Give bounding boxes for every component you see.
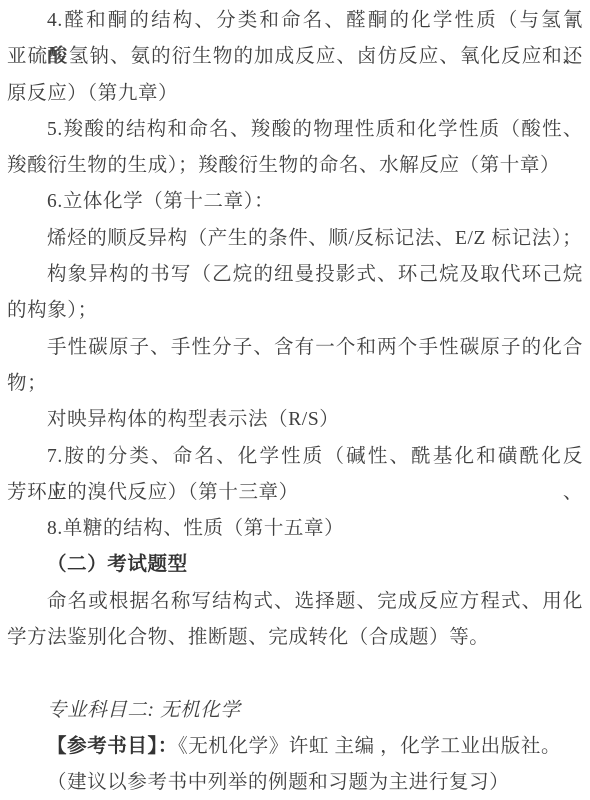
- text-segment: 原反应）（第九章）: [7, 83, 178, 104]
- text-segment: 对映异构体的构型表示法（R/S）: [47, 409, 339, 430]
- text-line: 【参考书目】：《无机化学》许虹 主编 ，化学工业出版社。: [7, 729, 583, 765]
- document-body: 4.醛和酮的结构、分类和命名、醛酮的化学性质（与氢氰酸、亚硫酸氢钠、氨的衍生物的…: [7, 3, 583, 800]
- text-segment: （建议以参考书中列举的例题和习题为主进行复习）: [47, 772, 509, 793]
- text-segment: 构象异构的书写（乙烷的纽曼投影式、环己烷及取代环己烷: [47, 264, 583, 285]
- text-line: 对映异构体的构型表示法（R/S）: [7, 402, 583, 438]
- text-segment: 学方法鉴别化合物、推断题、完成转化（合成题）等。: [7, 627, 489, 648]
- text-segment: 羧酸衍生物的生成）；羧酸衍生物的命名、水解反应（第十章）: [7, 155, 560, 176]
- blank-line: [7, 656, 583, 692]
- text-segment: 的构象）；: [7, 300, 98, 321]
- text-segment: 专业科目二: 无机化学: [47, 700, 240, 721]
- text-segment: 《无机化学》许虹 主编 ，化学工业出版社。: [178, 736, 561, 757]
- text-line: 命名或根据名称写结构式、选择题、完成反应方程式、用化: [7, 584, 583, 620]
- text-line: 原反应）（第九章）: [7, 76, 583, 112]
- text-segment: 亚硫酸氢钠、氨的衍生物的加成反应、卤仿反应、氧化反应和还: [7, 46, 583, 67]
- text-segment: 6.立体化学（第十二章）：: [47, 191, 274, 212]
- text-line: 物；: [7, 366, 583, 402]
- text-line: （建议以参考书中列举的例题和习题为主进行复习）: [7, 765, 583, 800]
- text-segment: 8.单糖的结构、性质（第十五章）: [47, 518, 344, 539]
- text-line: 8.单糖的结构、性质（第十五章）: [7, 511, 583, 547]
- text-line: 5.羧酸的结构和命名、羧酸的物理性质和化学性质（酸性、: [7, 112, 583, 148]
- text-line: 手性碳原子、手性分子、含有一个和两个手性碳原子的化合: [7, 330, 583, 366]
- text-line: 亚硫酸氢钠、氨的衍生物的加成反应、卤仿反应、氧化反应和还: [7, 39, 583, 75]
- text-line: 羧酸衍生物的生成）；羧酸衍生物的命名、水解反应（第十章）: [7, 148, 583, 184]
- text-line: （二）考试题型: [7, 547, 583, 583]
- text-segment: 芳环上的溴代反应）（第十三章）: [7, 482, 299, 503]
- text-segment: （二）考试题型: [47, 554, 188, 575]
- document-page: 4.醛和酮的结构、分类和命名、醛酮的化学性质（与氢氰酸、亚硫酸氢钠、氨的衍生物的…: [0, 0, 590, 800]
- text-line: 专业科目二: 无机化学: [7, 693, 583, 729]
- text-segment: 5.羧酸的结构和命名、羧酸的物理性质和化学性质（酸性、: [47, 119, 583, 140]
- text-segment: 【参考书目】：: [47, 736, 178, 757]
- text-line: 的构象）；: [7, 293, 583, 329]
- text-segment: 物；: [7, 373, 47, 394]
- text-line: 烯烃的顺反异构（产生的条件、顺/反标记法、E/Z 标记法）；: [7, 221, 583, 257]
- text-line: 7.胺的分类、命名、化学性质（碱性、酰基化和磺酰化反应、: [7, 439, 583, 475]
- text-line: 6.立体化学（第十二章）：: [7, 184, 583, 220]
- text-segment: 手性碳原子、手性分子、含有一个和两个手性碳原子的化合: [47, 337, 583, 358]
- text-line: 构象异构的书写（乙烷的纽曼投影式、环己烷及取代环己烷: [7, 257, 583, 293]
- text-line: 4.醛和酮的结构、分类和命名、醛酮的化学性质（与氢氰酸、: [7, 3, 583, 39]
- text-segment: 命名或根据名称写结构式、选择题、完成反应方程式、用化: [47, 591, 583, 612]
- text-line: 学方法鉴别化合物、推断题、完成转化（合成题）等。: [7, 620, 583, 656]
- text-segment: 烯烃的顺反异构（产生的条件、顺/反标记法、E/Z 标记法）；: [47, 228, 582, 249]
